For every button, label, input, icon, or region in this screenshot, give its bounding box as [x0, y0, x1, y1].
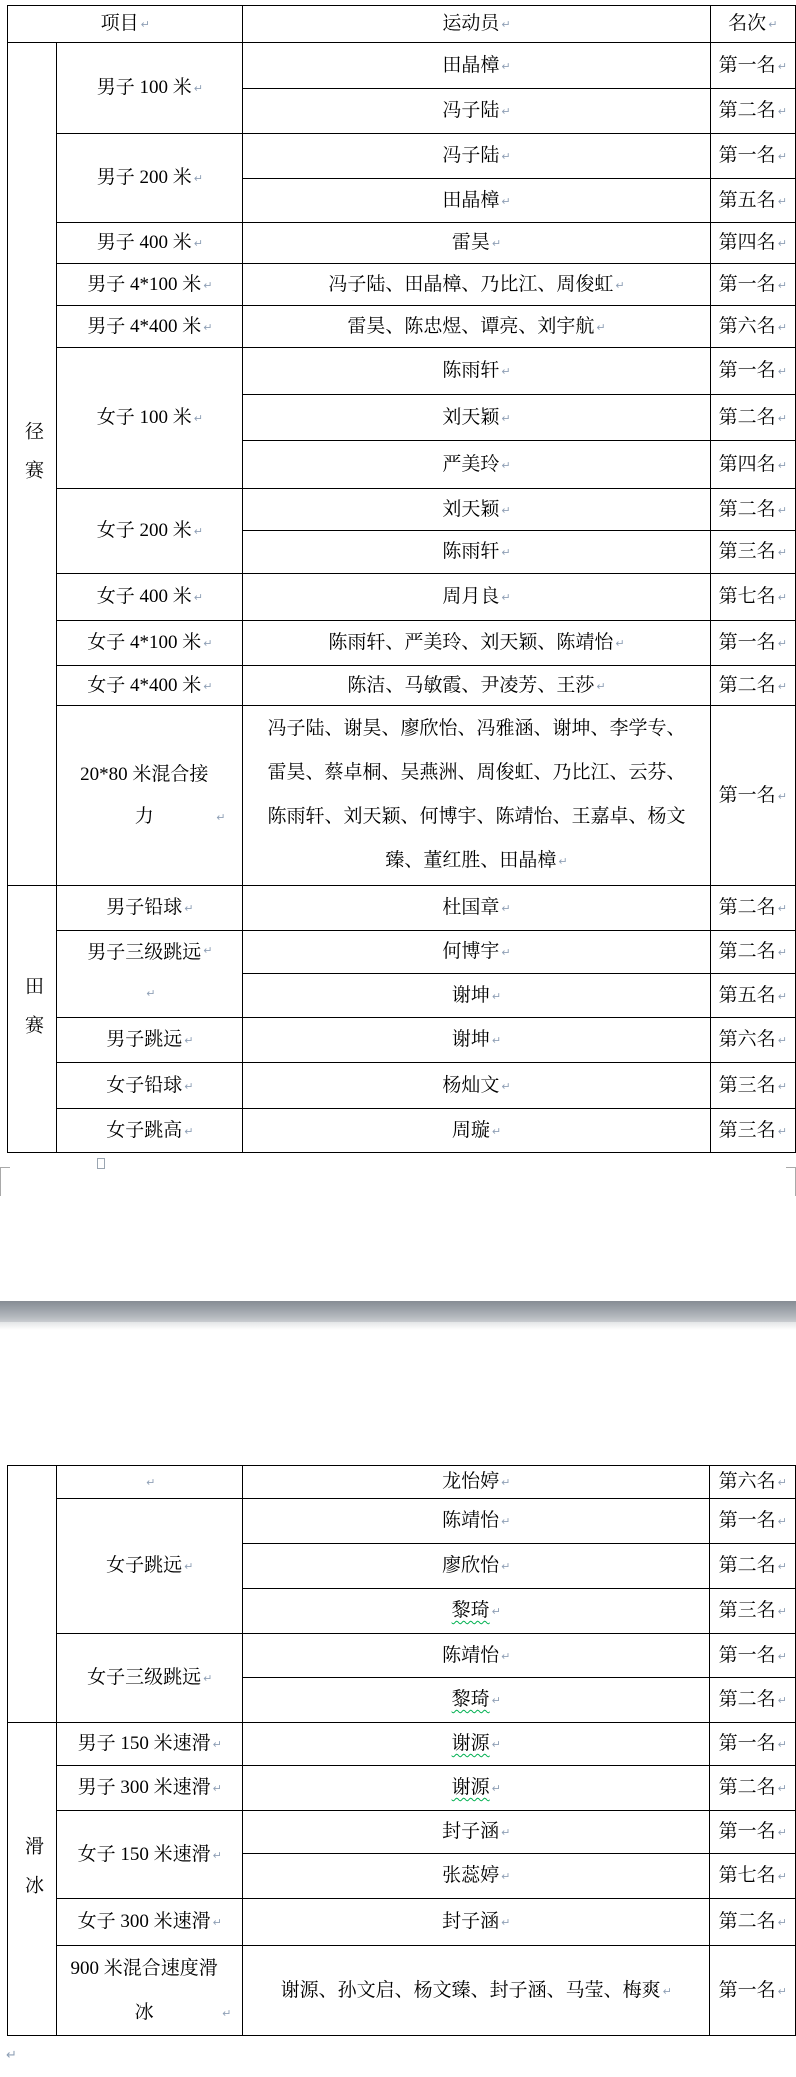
athlete-cell: 谢坤↵	[243, 974, 710, 1018]
athlete-cell: 刘天颖↵	[243, 489, 710, 531]
header-rank: 名次↵	[710, 6, 795, 43]
rank-value: 第一名	[719, 274, 776, 295]
event-label: 女子 150 米速滑	[78, 1844, 211, 1865]
paragraph-mark-icon: ↵	[778, 1916, 787, 1929]
paragraph-mark-icon: ↵	[615, 279, 624, 292]
paragraph-mark-icon: ↵	[501, 365, 510, 378]
athlete-name: 周璇	[452, 1120, 490, 1141]
paragraph-mark-icon: ↵	[778, 279, 787, 292]
athlete-name: 何博宇	[442, 941, 499, 962]
paragraph-mark-icon: ↵	[501, 60, 510, 73]
paragraph-mark-icon: ↵	[615, 637, 624, 650]
paragraph-mark-icon: ↵	[778, 990, 787, 1003]
athlete-cell: 冯子陆↵	[243, 89, 710, 134]
rank-value: 第三名	[719, 1600, 776, 1621]
event-cell: 女子跳高↵	[57, 1109, 243, 1153]
event-label: 男子 300 米速滑	[78, 1777, 211, 1798]
group-cell-field: 田赛	[8, 886, 57, 1153]
table-row: 女子 200 米↵ 刘天颖↵ 第二名↵	[8, 489, 796, 531]
event-cell: 女子 300 米速滑↵	[57, 1899, 243, 1946]
header-athlete-label: 运动员	[442, 13, 499, 34]
rank-cell: 第三名↵	[710, 1109, 795, 1153]
athlete-cell: 杨灿文↵	[243, 1063, 710, 1109]
paragraph-mark-icon: ↵	[146, 987, 155, 1002]
table-row: 女子 4*400 米↵ 陈洁、马敏霞、尹凌芳、王莎↵ 第二名↵	[8, 666, 796, 706]
rank-cell: 第一名↵	[710, 1499, 796, 1544]
paragraph-mark-icon: ↵	[768, 18, 777, 31]
rank-cell: 第二名↵	[710, 1766, 796, 1811]
paragraph-mark-icon: ↵	[184, 1560, 193, 1573]
table-row: 滑冰 男子 150 米速滑↵ 谢源↵ 第一名↵	[8, 1723, 796, 1766]
rank-cell: 第一名↵	[710, 348, 795, 395]
rank-value: 第二名	[719, 1777, 776, 1798]
athlete-name: 封子涵	[442, 1911, 499, 1932]
athlete-cell: 张蕊婷↵	[243, 1854, 710, 1899]
rank-cell: 第一名↵	[710, 1634, 796, 1678]
event-cell: 男子 200 米↵	[57, 134, 243, 223]
event-label: 女子 200 米	[97, 520, 192, 541]
paragraph-mark-icon: ↵	[501, 1080, 510, 1093]
group-cell-field-continued	[8, 1466, 57, 1723]
event-cell: 女子 4*400 米↵	[57, 666, 243, 706]
table-row: 男子三级跳远↵ ↵ 何博宇↵ 第二名↵	[8, 931, 796, 974]
athlete-name: 陈靖怡	[442, 1645, 499, 1666]
paragraph-mark-icon: ↵	[203, 944, 212, 959]
paragraph-mark-icon: ↵	[778, 1125, 787, 1138]
rank-cell: 第五名↵	[710, 974, 795, 1018]
paragraph-mark-icon: ↵	[778, 1080, 787, 1093]
athlete-name: 周月良	[442, 586, 499, 607]
rank-value: 第一名	[719, 1980, 776, 2001]
event-label: 女子 4*400 米	[87, 675, 201, 696]
athlete-cell: 封子涵↵	[243, 1899, 710, 1946]
paragraph-mark-icon: ↵	[778, 150, 787, 163]
athlete-name: 冯子陆、谢昊、廖欣怡、冯雅涵、谢坤、李学专、雷昊、蔡卓桐、吴燕洲、周俊虹、乃比江…	[267, 718, 685, 871]
event-cell-empty: ↵	[57, 1466, 243, 1499]
athlete-name: 刘天颖	[442, 407, 499, 428]
header-athlete: 运动员↵	[243, 6, 710, 43]
paragraph-mark-icon: ↵	[203, 1672, 212, 1685]
athlete-name-spellcheck: 黎琦	[452, 1600, 490, 1621]
rank-value: 第一名	[719, 1645, 776, 1666]
paragraph-mark-icon: ↵	[501, 1650, 510, 1663]
athlete-cell: 龙怡婷↵	[243, 1466, 710, 1499]
paragraph-mark-icon: ↵	[778, 1985, 787, 1998]
paragraph-mark-icon: ↵	[778, 637, 787, 650]
rank-cell: 第二名↵	[710, 89, 795, 134]
athlete-name: 田晶樟	[442, 55, 499, 76]
athlete-cell: 陈靖怡↵	[243, 1634, 710, 1678]
paragraph-mark-icon: ↵	[203, 279, 212, 292]
group-label-skating: 滑冰	[19, 1836, 45, 1914]
paragraph-mark-icon: ↵	[501, 902, 510, 915]
rank-value: 第三名	[719, 541, 776, 562]
athlete-name: 谢坤	[452, 1029, 490, 1050]
rank-cell: 第七名↵	[710, 1854, 796, 1899]
paragraph-mark-icon: ↵	[778, 1476, 787, 1489]
text-boundary-corner-mark	[786, 1167, 796, 1196]
athlete-cell: 冯子陆、谢昊、廖欣怡、冯雅涵、谢坤、李学专、雷昊、蔡卓桐、吴燕洲、周俊虹、乃比江…	[243, 706, 710, 886]
table-row: 男子 4*400 米↵ 雷昊、陈忠煜、谭亮、刘宇航↵ 第六名↵	[8, 306, 796, 348]
athlete-name-spellcheck: 谢源	[452, 1777, 490, 1798]
paragraph-mark-icon: ↵	[778, 1560, 787, 1573]
athlete-name: 刘天颖	[442, 499, 499, 520]
rank-value: 第二名	[719, 897, 776, 918]
paragraph-mark-icon: ↵	[492, 237, 501, 250]
paragraph-mark-icon: ↵	[778, 1605, 787, 1618]
rank-value: 第六名	[719, 1471, 776, 1492]
group-cell-skating: 滑冰	[8, 1723, 57, 2036]
rank-cell: 第二名↵	[710, 931, 795, 974]
athlete-cell: 冯子陆、田晶樟、乃比江、周俊虹↵	[243, 264, 710, 306]
paragraph-mark-icon: ↵	[184, 1125, 193, 1138]
paragraph-mark-icon: ↵	[501, 459, 510, 472]
rank-cell: 第一名↵	[710, 621, 795, 666]
paragraph-mark-icon: ↵	[778, 195, 787, 208]
paragraph-mark-icon: ↵	[216, 811, 225, 824]
event-label: 女子 4*100 米	[87, 632, 201, 653]
event-cell: 男子 400 米↵	[57, 223, 243, 264]
rank-value: 第一名	[719, 145, 776, 166]
rank-value: 第一名	[719, 1510, 776, 1531]
rank-value: 第二名	[719, 675, 776, 696]
rank-value: 第二名	[719, 941, 776, 962]
paragraph-mark-icon: ↵	[501, 946, 510, 959]
rank-cell: 第一名↵	[710, 706, 795, 886]
table-row: 男子 400 米↵ 雷昊↵ 第四名↵	[8, 223, 796, 264]
paragraph-mark-icon: ↵	[663, 1985, 672, 1998]
event-cell: 男子三级跳远↵ ↵	[57, 931, 243, 1018]
athlete-name: 封子涵	[442, 1821, 499, 1842]
event-label: 男子三级跳远	[87, 940, 201, 966]
athlete-name-spellcheck: 黎琦	[452, 1689, 490, 1710]
event-cell: 女子 100 米↵	[57, 348, 243, 489]
table-header-row: 项目↵ 运动员↵ 名次↵	[8, 6, 796, 43]
event-label: 20*80 米混合接力	[74, 754, 214, 838]
table-row: 女子铅球↵ 杨灿文↵ 第三名↵	[8, 1063, 796, 1109]
athlete-cell: 封子涵↵	[243, 1811, 710, 1854]
paragraph-mark-icon: ↵	[778, 365, 787, 378]
paragraph-mark-icon: ↵	[778, 1650, 787, 1663]
paragraph-mark-icon: ↵	[501, 546, 510, 559]
rank-value: 第一名	[719, 1821, 776, 1842]
paragraph-mark-icon: ↵	[194, 525, 203, 538]
paragraph-mark-icon: ↵	[778, 321, 787, 334]
event-cell: 女子铅球↵	[57, 1063, 243, 1109]
rank-cell: 第一名↵	[710, 1811, 796, 1854]
paragraph-mark-icon: ↵	[778, 680, 787, 693]
athlete-name: 雷昊、陈忠煜、谭亮、刘宇航	[347, 316, 594, 337]
rank-cell: 第一名↵	[710, 1723, 796, 1766]
table-row: 男子 4*100 米↵ 冯子陆、田晶樟、乃比江、周俊虹↵ 第一名↵	[8, 264, 796, 306]
paragraph-mark-icon: ↵	[501, 1560, 510, 1573]
rank-value: 第四名	[719, 232, 776, 253]
athlete-name-spellcheck: 谢源	[452, 1733, 490, 1754]
rank-value: 第一名	[719, 785, 776, 806]
athlete-cell: 谢源↵	[243, 1723, 710, 1766]
table-row: 女子 150 米速滑↵ 封子涵↵ 第一名↵	[8, 1811, 796, 1854]
rank-cell: 第二名↵	[710, 666, 795, 706]
athlete-cell: 廖欣怡↵	[243, 1544, 710, 1589]
athlete-cell: 陈靖怡↵	[243, 1499, 710, 1544]
rank-value: 第四名	[719, 454, 776, 475]
table-row: 女子 300 米速滑↵ 封子涵↵ 第二名↵	[8, 1899, 796, 1946]
paragraph-mark-icon: ↵	[778, 1870, 787, 1883]
athlete-name: 陈洁、马敏霞、尹凌芳、王莎	[347, 675, 594, 696]
paragraph-mark-icon: ↵	[184, 1034, 193, 1047]
table-row-relay: 20*80 米混合接力↵ 冯子陆、谢昊、廖欣怡、冯雅涵、谢坤、李学专、雷昊、蔡卓…	[8, 706, 796, 886]
paragraph-mark-icon: ↵	[778, 412, 787, 425]
event-cell: 男子铅球↵	[57, 886, 243, 931]
rank-value: 第六名	[719, 316, 776, 337]
paragraph-mark-icon: ↵	[213, 1782, 222, 1795]
event-label: 男子 400 米	[97, 232, 192, 253]
rank-cell: 第三名↵	[710, 531, 795, 574]
rank-value: 第二名	[719, 499, 776, 520]
athlete-name: 陈靖怡	[442, 1510, 499, 1531]
group-label-track: 径赛	[19, 421, 45, 499]
paragraph-mark-icon: ↵	[492, 1782, 501, 1795]
rank-cell: 第四名↵	[710, 223, 795, 264]
table-row: 男子跳远↵ 谢坤↵ 第六名↵	[8, 1018, 796, 1063]
paragraph-mark-icon: ↵	[778, 1034, 787, 1047]
paragraph-mark-icon: ↵	[492, 1694, 501, 1707]
paragraph-mark-icon: ↵	[778, 790, 787, 803]
text-boundary-corner-mark	[0, 1167, 10, 1196]
event-cell: 女子 150 米速滑↵	[57, 1811, 243, 1899]
paragraph-mark-icon: ↵	[501, 1826, 510, 1839]
header-project-label: 项目	[101, 13, 139, 34]
paragraph-mark-icon: ↵	[778, 1694, 787, 1707]
paragraph-mark-icon: ↵	[501, 412, 510, 425]
athlete-name: 冯子陆	[442, 145, 499, 166]
paragraph-mark-icon: ↵	[778, 546, 787, 559]
event-label: 男子 4*100 米	[87, 274, 201, 295]
athlete-cell: 何博宇↵	[243, 931, 710, 974]
paragraph-mark-icon: ↵	[194, 237, 203, 250]
rank-cell: 第二名↵	[710, 1899, 796, 1946]
event-cell: 900 米混合速度滑冰↵	[57, 1946, 243, 2036]
paragraph-mark-icon: ↵	[184, 1080, 193, 1093]
rank-value: 第三名	[719, 1120, 776, 1141]
rank-cell: 第二名↵	[710, 1678, 796, 1723]
after-table-paragraph-mark	[97, 1158, 105, 1169]
header-rank-label: 名次	[728, 13, 766, 34]
group-label-field: 田赛	[19, 976, 45, 1054]
athlete-name: 陈雨轩、严美玲、刘天颖、陈靖怡	[328, 632, 613, 653]
table-row: 900 米混合速度滑冰↵ 谢源、孙文启、杨文臻、封子涵、马莹、梅爽↵ 第一名↵	[8, 1946, 796, 2036]
event-cell: 男子 300 米速滑↵	[57, 1766, 243, 1811]
event-label: 900 米混合速度滑冰	[68, 1947, 220, 2035]
table-row: 男子 200 米↵ 冯子陆↵ 第一名↵	[8, 134, 796, 179]
athlete-name: 谢坤	[452, 985, 490, 1006]
document-end-paragraph-mark: ↵	[6, 2048, 17, 2063]
athlete-cell: 刘天颖↵	[243, 395, 710, 441]
athlete-name: 廖欣怡	[442, 1555, 499, 1576]
table-row: ↵ 龙怡婷↵ 第六名↵	[8, 1466, 796, 1499]
event-label: 女子铅球	[106, 1075, 182, 1096]
paragraph-mark-icon: ↵	[194, 172, 203, 185]
athlete-cell: 田晶樟↵	[243, 43, 710, 89]
table-row: 男子 300 米速滑↵ 谢源↵ 第二名↵	[8, 1766, 796, 1811]
rank-cell: 第七名↵	[710, 574, 795, 621]
rank-cell: 第三名↵	[710, 1063, 795, 1109]
results-table-page2: ↵ 龙怡婷↵ 第六名↵ 女子跳远↵ 陈靖怡↵ 第一名↵ 廖欣怡↵ 第二名↵ 黎琦…	[7, 1465, 796, 2036]
paragraph-mark-icon: ↵	[501, 18, 510, 31]
group-cell-track: 径赛	[8, 43, 57, 886]
event-cell: 男子 100 米↵	[57, 43, 243, 134]
paragraph-mark-icon: ↵	[492, 1605, 501, 1618]
paragraph-mark-icon: ↵	[213, 1738, 222, 1751]
paragraph-mark-icon: ↵	[203, 637, 212, 650]
event-cell: 女子 400 米↵	[57, 574, 243, 621]
rank-cell: 第二名↵	[710, 395, 795, 441]
rank-cell: 第三名↵	[710, 1589, 796, 1634]
athlete-name: 冯子陆	[442, 100, 499, 121]
paragraph-mark-icon: ↵	[778, 946, 787, 959]
paragraph-mark-icon: ↵	[203, 321, 212, 334]
rank-cell: 第一名↵	[710, 43, 795, 89]
athlete-name: 张蕊婷	[442, 1865, 499, 1886]
table-row: 田赛 男子铅球↵ 杜国章↵ 第二名↵	[8, 886, 796, 931]
athlete-name: 雷昊	[452, 232, 490, 253]
rank-value: 第七名	[719, 1865, 776, 1886]
rank-cell: 第五名↵	[710, 179, 795, 223]
rank-value: 第一名	[719, 632, 776, 653]
rank-value: 第二名	[719, 1911, 776, 1932]
paragraph-mark-icon: ↵	[778, 237, 787, 250]
event-label: 女子跳远	[106, 1555, 182, 1576]
event-label: 男子 200 米	[97, 167, 192, 188]
event-cell: 男子 150 米速滑↵	[57, 1723, 243, 1766]
paragraph-mark-icon: ↵	[141, 18, 150, 31]
rank-value: 第六名	[719, 1029, 776, 1050]
rank-value: 第七名	[719, 586, 776, 607]
paragraph-mark-icon: ↵	[778, 902, 787, 915]
paragraph-mark-icon: ↵	[501, 591, 510, 604]
athlete-cell: 黎琦↵	[243, 1678, 710, 1723]
paragraph-mark-icon: ↵	[501, 504, 510, 517]
rank-value: 第二名	[719, 407, 776, 428]
paragraph-mark-icon: ↵	[194, 591, 203, 604]
rank-value: 第二名	[719, 100, 776, 121]
event-label: 男子 100 米	[97, 77, 192, 98]
athlete-cell: 陈雨轩↵	[243, 531, 710, 574]
paragraph-mark-icon: ↵	[146, 1476, 155, 1489]
paragraph-mark-icon: ↵	[596, 321, 605, 334]
athlete-cell: 陈雨轩、严美玲、刘天颖、陈靖怡↵	[243, 621, 710, 666]
rank-cell: 第一名↵	[710, 134, 795, 179]
event-label: 女子跳高	[106, 1120, 182, 1141]
paragraph-mark-icon: ↵	[492, 1738, 501, 1751]
athlete-cell: 冯子陆↵	[243, 134, 710, 179]
athlete-name: 杨灿文	[442, 1075, 499, 1096]
event-cell: 20*80 米混合接力↵	[57, 706, 243, 886]
rank-cell: 第一名↵	[710, 1946, 796, 2036]
rank-cell: 第六名↵	[710, 1466, 796, 1499]
paragraph-mark-icon: ↵	[492, 1034, 501, 1047]
rank-value: 第五名	[719, 985, 776, 1006]
event-cell: 男子 4*100 米↵	[57, 264, 243, 306]
paragraph-mark-icon: ↵	[501, 105, 510, 118]
event-label: 女子 400 米	[97, 586, 192, 607]
paragraph-mark-icon: ↵	[194, 412, 203, 425]
athlete-cell: 周月良↵	[243, 574, 710, 621]
paragraph-mark-icon: ↵	[501, 1476, 510, 1489]
rank-cell: 第一名↵	[710, 264, 795, 306]
rank-cell: 第六名↵	[710, 1018, 795, 1063]
page-break-band-shadow	[0, 1322, 796, 1330]
table-row: 径赛 男子 100 米↵ 田晶樟↵ 第一名↵	[8, 43, 796, 89]
paragraph-mark-icon: ↵	[501, 1870, 510, 1883]
page-break-band	[0, 1301, 796, 1322]
paragraph-mark-icon: ↵	[222, 2007, 231, 2020]
rank-cell: 第六名↵	[710, 306, 795, 348]
athlete-cell: 黎琦↵	[243, 1589, 710, 1634]
athlete-cell: 周璇↵	[243, 1109, 710, 1153]
event-label: 女子三级跳远	[87, 1667, 201, 1688]
event-cell: 女子跳远↵	[57, 1499, 243, 1634]
rank-cell: 第二名↵	[710, 886, 795, 931]
athlete-cell: 谢坤↵	[243, 1018, 710, 1063]
word-document-page: 项目↵ 运动员↵ 名次↵ 径赛 男子 100 米↵ 田晶樟↵ 第一名↵ 冯子陆↵…	[0, 0, 796, 2077]
event-label: 男子铅球	[106, 897, 182, 918]
event-label: 女子 100 米	[97, 407, 192, 428]
paragraph-mark-icon: ↵	[492, 1125, 501, 1138]
paragraph-mark-icon: ↵	[596, 680, 605, 693]
athlete-name: 严美玲	[442, 454, 499, 475]
athlete-cell: 雷昊↵	[243, 223, 710, 264]
rank-value: 第三名	[719, 1075, 776, 1096]
rank-value: 第一名	[719, 55, 776, 76]
paragraph-mark-icon: ↵	[778, 1826, 787, 1839]
paragraph-mark-icon: ↵	[184, 902, 193, 915]
athlete-cell: 谢源、孙文启、杨文臻、封子涵、马莹、梅爽↵	[243, 1946, 710, 2036]
rank-cell: 第二名↵	[710, 489, 795, 531]
paragraph-mark-icon: ↵	[778, 1515, 787, 1528]
table-row: 女子 4*100 米↵ 陈雨轩、严美玲、刘天颖、陈靖怡↵ 第一名↵	[8, 621, 796, 666]
paragraph-mark-icon: ↵	[213, 1849, 222, 1862]
athlete-cell: 陈雨轩↵	[243, 348, 710, 395]
table-row: 女子跳高↵ 周璇↵ 第三名↵	[8, 1109, 796, 1153]
table-row: 女子跳远↵ 陈靖怡↵ 第一名↵	[8, 1499, 796, 1544]
paragraph-mark-icon: ↵	[501, 150, 510, 163]
athlete-name: 龙怡婷	[442, 1471, 499, 1492]
event-label: 男子 150 米速滑	[78, 1733, 211, 1754]
athlete-cell: 严美玲↵	[243, 441, 710, 489]
paragraph-mark-icon: ↵	[501, 1515, 510, 1528]
paragraph-mark-icon: ↵	[213, 1916, 222, 1929]
event-cell: 女子三级跳远↵	[57, 1634, 243, 1723]
table-row: 女子 100 米↵ 陈雨轩↵ 第一名↵	[8, 348, 796, 395]
event-cell: 男子跳远↵	[57, 1018, 243, 1063]
rank-cell: 第四名↵	[710, 441, 795, 489]
athlete-name: 田晶樟	[442, 190, 499, 211]
athlete-cell: 雷昊、陈忠煜、谭亮、刘宇航↵	[243, 306, 710, 348]
event-cell: 女子 200 米↵	[57, 489, 243, 574]
paragraph-mark-icon: ↵	[778, 1782, 787, 1795]
paragraph-mark-icon: ↵	[501, 195, 510, 208]
paragraph-mark-icon: ↵	[778, 60, 787, 73]
athlete-cell: 杜国章↵	[243, 886, 710, 931]
paragraph-mark-icon: ↵	[778, 504, 787, 517]
paragraph-mark-icon: ↵	[778, 591, 787, 604]
event-cell: 男子 4*400 米↵	[57, 306, 243, 348]
athlete-cell: 陈洁、马敏霞、尹凌芳、王莎↵	[243, 666, 710, 706]
athlete-name: 谢源、孙文启、杨文臻、封子涵、马莹、梅爽	[281, 1980, 661, 2001]
header-project: 项目↵	[8, 6, 243, 43]
athlete-cell: 田晶樟↵	[243, 179, 710, 223]
